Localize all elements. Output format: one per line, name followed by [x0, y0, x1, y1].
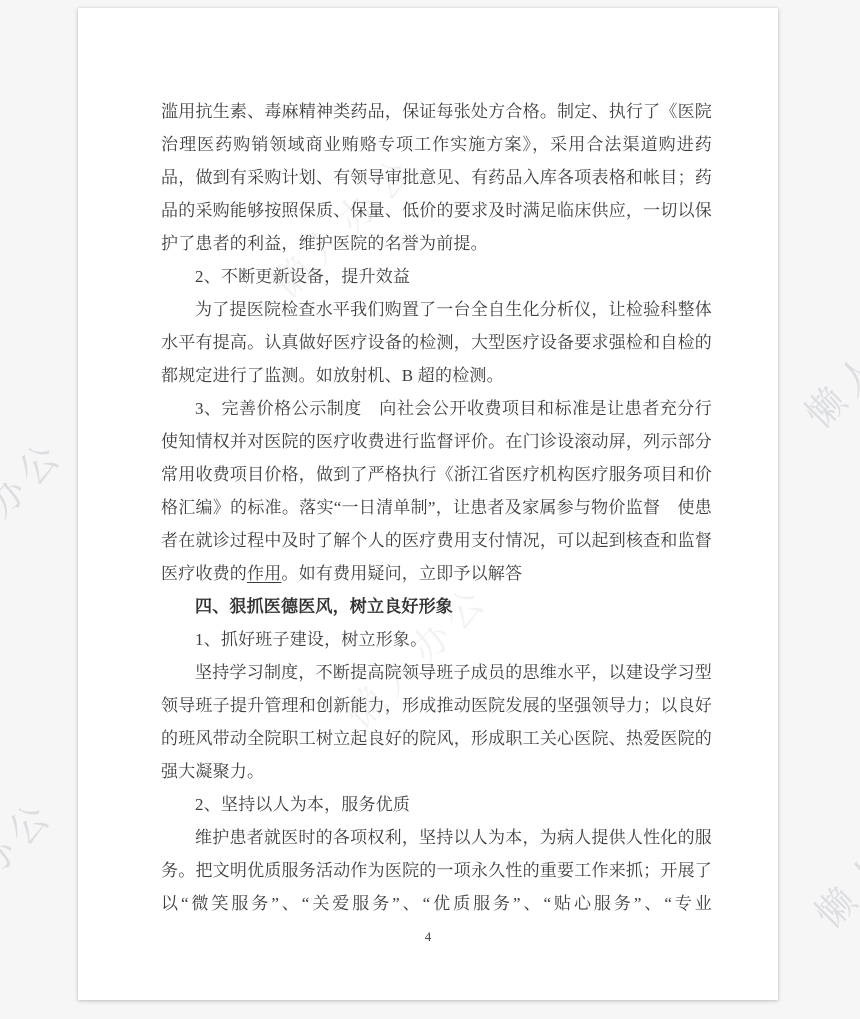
- document-page: 滥用抗生素、毒麻精神类药品，保证每张处方合格。制定、执行了《医院治理医药购销领域…: [78, 8, 778, 1000]
- screenshot-root: 懒人办公 懒人办公 懒人办公 懒人办公 滥用抗生素、毒麻精神类药品，保证每张处方…: [0, 0, 860, 1019]
- watermark: 懒人办公: [0, 784, 65, 953]
- page-number: 4: [78, 929, 778, 945]
- watermark: 懒人办公: [791, 269, 860, 438]
- paragraph-price-publicity-tail: 。如有费用疑问，立即予以解答: [281, 564, 522, 583]
- section-heading-medical-ethics: 四、狠抓医德医风，树立良好形象: [161, 590, 712, 623]
- subheading-update-equipment: 2、不断更新设备，提升效益: [161, 260, 712, 293]
- paragraph-price-publicity-text: 3、完善价格公示制度 向社会公开收费项目和标准是让患者充分行使知情权并对医院的医…: [161, 399, 712, 583]
- subheading-team-building: 1、抓好班子建设，树立形象。: [161, 623, 712, 656]
- watermark: 懒人办公: [0, 424, 75, 593]
- paragraph-drug-management: 滥用抗生素、毒麻精神类药品，保证每张处方合格。制定、执行了《医院治理医药购销领域…: [161, 95, 712, 260]
- paragraph-service-quality: 维护患者就医时的各项权利，坚持以人为本，为病人提供人性化的服务。把文明优质服务活…: [161, 821, 712, 920]
- watermark: 懒人办公: [801, 769, 860, 938]
- paragraph-team-building-detail: 坚持学习制度，不断提高院领导班子成员的思维水平，以建设学习型领导班子提升管理和创…: [161, 656, 712, 788]
- underlined-word: 作用: [247, 564, 281, 583]
- paragraph-price-publicity: 3、完善价格公示制度 向社会公开收费项目和标准是让患者充分行使知情权并对医院的医…: [161, 392, 712, 590]
- subheading-people-oriented: 2、坚持以人为本，服务优质: [161, 788, 712, 821]
- paragraph-equipment-detail: 为了提医院检查水平我们购置了一台全自生化分析仪，让检验科整体水平有提高。认真做好…: [161, 293, 712, 392]
